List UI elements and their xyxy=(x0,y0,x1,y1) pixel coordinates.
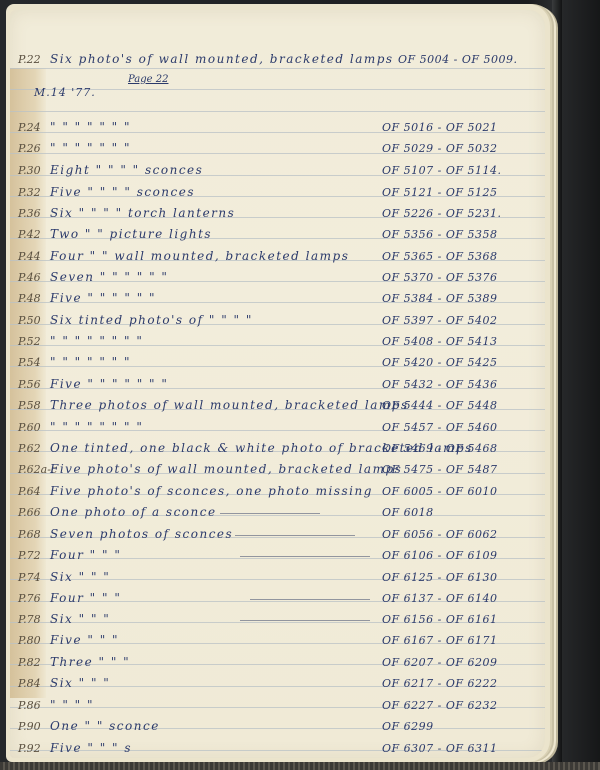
log-entry: P.72 Four " " " OF 6106 - OF 6109 xyxy=(10,542,545,564)
entry-ref: P.60 xyxy=(18,421,41,434)
entry-range: OF 6125 - OF 6130 xyxy=(382,571,498,584)
entry-description: One " " sconce xyxy=(50,719,160,733)
entry-description: Seven photos of sconces xyxy=(50,527,233,541)
entry-description: " " " " " " " xyxy=(50,355,131,369)
entry-description: Four " " wall mounted, bracketed lamps xyxy=(50,249,349,263)
entry-ref: P.56 xyxy=(18,378,41,391)
entry-description: " " " " " " " xyxy=(50,120,131,134)
entry-description: " " " " xyxy=(50,698,94,712)
entry-description: " " " " " " " xyxy=(50,141,131,155)
entry-description: Three " " " xyxy=(50,655,130,669)
leader-line xyxy=(235,535,355,536)
entry-ref: P.68 xyxy=(18,528,41,541)
entry-description: Four " " " xyxy=(50,591,121,605)
log-entry: P.50 Six tinted photo's of " " " " OF 53… xyxy=(10,307,545,329)
log-entry: P.22 Six photo's of wall mounted, bracke… xyxy=(10,46,545,68)
log-entry: P.80 Five " " " OF 6167 - OF 6171 xyxy=(10,627,545,649)
entry-description: Six " " " xyxy=(50,612,110,626)
entry-ref: P.44 xyxy=(18,250,41,263)
entry-ref: P.54 xyxy=(18,356,41,369)
header-page-label: Page 22 xyxy=(128,74,168,85)
entry-description: Five " " " " " " " xyxy=(50,377,168,391)
entry-ref: P.24 xyxy=(18,121,41,134)
log-entry: P.42 Two " " picture lights OF 5356 - OF… xyxy=(10,221,545,243)
entry-range: OF 6005 - OF 6010 xyxy=(382,485,498,498)
log-entry: P.32 Five " " " " sconces OF 5121 - OF 5… xyxy=(10,179,545,201)
entry-ref: P.30 xyxy=(18,164,41,177)
notebook-cover-edge xyxy=(552,0,562,770)
log-entry: P.46 Seven " " " " " " OF 5370 - OF 5376 xyxy=(10,264,545,286)
entry-description: Five " " " " sconces xyxy=(50,185,195,199)
entry-range: OF 5365 - OF 5368 xyxy=(382,250,498,263)
entry-ref: P.42 xyxy=(18,228,41,241)
entry-description: Five photo's of sconces, one photo missi… xyxy=(50,484,373,498)
entry-description: " " " " " " " " xyxy=(50,334,143,348)
entry-ref: P.86 xyxy=(18,699,41,712)
entry-ref: P.72 xyxy=(18,549,41,562)
log-entry: P.56 Five " " " " " " " OF 5432 - OF 543… xyxy=(10,371,545,393)
entry-description: Five " " " " " " xyxy=(50,291,156,305)
log-entry: P.76 Four " " " OF 6137 - OF 6140 xyxy=(10,585,545,607)
log-entry: P.62 One tinted, one black & white photo… xyxy=(10,435,545,457)
entry-ref: P.66 xyxy=(18,506,41,519)
entry-description: " " " " " " " " xyxy=(50,420,143,434)
entry-ref: P.64 xyxy=(18,485,41,498)
entry-ref: P.26 xyxy=(18,142,41,155)
entry-ref: P.32 xyxy=(18,186,41,199)
entry-description: Six tinted photo's of " " " " xyxy=(50,313,253,327)
entry-range: OF 6137 - OF 6140 xyxy=(382,592,498,605)
entry-ref: P.50 xyxy=(18,314,41,327)
entry-ref: P.90 xyxy=(18,720,41,733)
notebook-page: M.14 '77. Page 22 P.22 Six photo's of wa… xyxy=(10,10,545,758)
entry-description: Three photos of wall mounted, bracketed … xyxy=(50,398,409,412)
entry-ref: P.58 xyxy=(18,399,41,412)
log-entry: P.84 Six " " " OF 6217 - OF 6222 xyxy=(10,670,545,692)
entry-ref: P.22 xyxy=(18,53,41,66)
entry-ref: P.82 xyxy=(18,656,41,669)
log-entry: P.92 Five " " " s OF 6307 - OF 6311 xyxy=(10,735,545,757)
entry-range: OF 6307 - OF 6311 xyxy=(382,742,498,755)
leader-line xyxy=(250,599,370,600)
entry-range: OF 5107 - OF 5114. xyxy=(382,164,502,177)
log-entry: P.86 " " " " OF 6227 - OF 6232 xyxy=(10,692,545,714)
log-entry: P.58 Three photos of wall mounted, brack… xyxy=(10,392,545,414)
log-entry: P.48 Five " " " " " " OF 5384 - OF 5389 xyxy=(10,285,545,307)
entry-ref: P.52 xyxy=(18,335,41,348)
entry-ref: P.74 xyxy=(18,571,41,584)
entry-range: OF 5004 - OF 5009. xyxy=(398,53,518,66)
entry-range: OF 5444 - OF 5448 xyxy=(382,399,498,412)
entry-range: OF 5121 - OF 5125 xyxy=(382,186,498,199)
entry-range: OF 5356 - OF 5358 xyxy=(382,228,498,241)
log-entry: P.94 Six " " " OF 6320 - OF 6325 xyxy=(10,756,545,758)
entry-range: OF 5370 - OF 5376 xyxy=(382,271,498,284)
log-entry: P.90 One " " sconce OF 6299 xyxy=(10,713,545,735)
entry-ref: P.46 xyxy=(18,271,41,284)
page-bottom-edge xyxy=(0,762,600,770)
log-entry: P.60 " " " " " " " " OF 5457 - OF 5460 xyxy=(10,414,545,436)
notebook-page-stack: M.14 '77. Page 22 P.22 Six photo's of wa… xyxy=(6,4,550,762)
entry-description: Six " " " xyxy=(50,676,110,690)
entry-range: OF 6018 xyxy=(382,506,434,519)
ruled-line xyxy=(10,68,545,69)
log-entry: P.36 Six " " " " torch lanterns OF 5226 … xyxy=(10,200,545,222)
entry-description: Two " " picture lights xyxy=(50,227,212,241)
entry-range: OF 6217 - OF 6222 xyxy=(382,677,498,690)
leader-line xyxy=(240,620,370,621)
log-entry: P.66 One photo of a sconce OF 6018 xyxy=(10,499,545,521)
entry-ref: P.62 xyxy=(18,442,41,455)
entry-range: OF 6156 - OF 6161 xyxy=(382,613,498,626)
log-entry: P.24 " " " " " " " OF 5016 - OF 5021 xyxy=(10,114,545,136)
entry-range: OF 5475 - OF 5487 xyxy=(382,463,498,476)
entry-ref: P.48 xyxy=(18,292,41,305)
entry-range: OF 5420 - OF 5425 xyxy=(382,356,498,369)
entry-description: Six " " " " torch lanterns xyxy=(50,206,235,220)
leader-line xyxy=(240,556,370,557)
log-entry: P.54 " " " " " " " OF 5420 - OF 5425 xyxy=(10,349,545,371)
log-entry: P.82 Three " " " OF 6207 - OF 6209 xyxy=(10,649,545,671)
entry-range: OF 5432 - OF 5436 xyxy=(382,378,498,391)
ruled-line xyxy=(10,111,545,112)
entry-description: Six " " " xyxy=(50,570,110,584)
log-entry: P.52 " " " " " " " " OF 5408 - OF 5413 xyxy=(10,328,545,350)
entry-range: OF 5016 - OF 5021 xyxy=(382,121,498,134)
entry-range: OF 5029 - OF 5032 xyxy=(382,142,498,155)
entry-description: Five " " " s xyxy=(50,741,132,755)
leader-line xyxy=(220,513,320,514)
entry-description: Five photo's of wall mounted, bracketed … xyxy=(50,462,402,476)
entry-ref: P.80 xyxy=(18,634,41,647)
log-entry: P.68 Seven photos of sconces OF 6056 - O… xyxy=(10,521,545,543)
entry-description: Seven " " " " " " xyxy=(50,270,168,284)
entry-range: OF 6227 - OF 6232 xyxy=(382,699,498,712)
entry-ref: P.78 xyxy=(18,613,41,626)
entry-range: OF 6056 - OF 6062 xyxy=(382,528,498,541)
entry-range: OF 6207 - OF 6209 xyxy=(382,656,498,669)
entry-description: Six photo's of wall mounted, bracketed l… xyxy=(50,52,394,66)
header-date: M.14 '77. xyxy=(34,86,96,99)
entry-ref: P.36 xyxy=(18,207,41,220)
entry-range: OF 5226 - OF 5231. xyxy=(382,207,502,220)
entry-ref: P.92 xyxy=(18,742,41,755)
log-entry: P.78 Six " " " OF 6156 - OF 6161 xyxy=(10,606,545,628)
entry-range: OF 5397 - OF 5402 xyxy=(382,314,498,327)
log-entry: P.44 Four " " wall mounted, bracketed la… xyxy=(10,243,545,265)
entry-ref: P.76 xyxy=(18,592,41,605)
entry-range: OF 5469 - OF 5468 xyxy=(382,442,498,455)
entry-range: OF 6167 - OF 6171 xyxy=(382,634,498,647)
entry-ref: P.84 xyxy=(18,677,41,690)
entry-description: Eight " " " " sconces xyxy=(50,163,203,177)
entry-range: OF 6106 - OF 6109 xyxy=(382,549,498,562)
log-entry: P.62a-c Five photo's of wall mounted, br… xyxy=(10,456,545,478)
entry-description: Four " " " xyxy=(50,548,121,562)
entry-range: OF 5408 - OF 5413 xyxy=(382,335,498,348)
entry-range: OF 5457 - OF 5460 xyxy=(382,421,498,434)
log-entry: P.74 Six " " " OF 6125 - OF 6130 xyxy=(10,564,545,586)
entry-description: Five " " " xyxy=(50,633,119,647)
log-entry: P.64 Five photo's of sconces, one photo … xyxy=(10,478,545,500)
log-entry: P.26 " " " " " " " OF 5029 - OF 5032 xyxy=(10,135,545,157)
log-entry: P.30 Eight " " " " sconces OF 5107 - OF … xyxy=(10,157,545,179)
entry-description: One photo of a sconce xyxy=(50,505,217,519)
entry-range: OF 6299 xyxy=(382,720,434,733)
entry-range: OF 5384 - OF 5389 xyxy=(382,292,498,305)
